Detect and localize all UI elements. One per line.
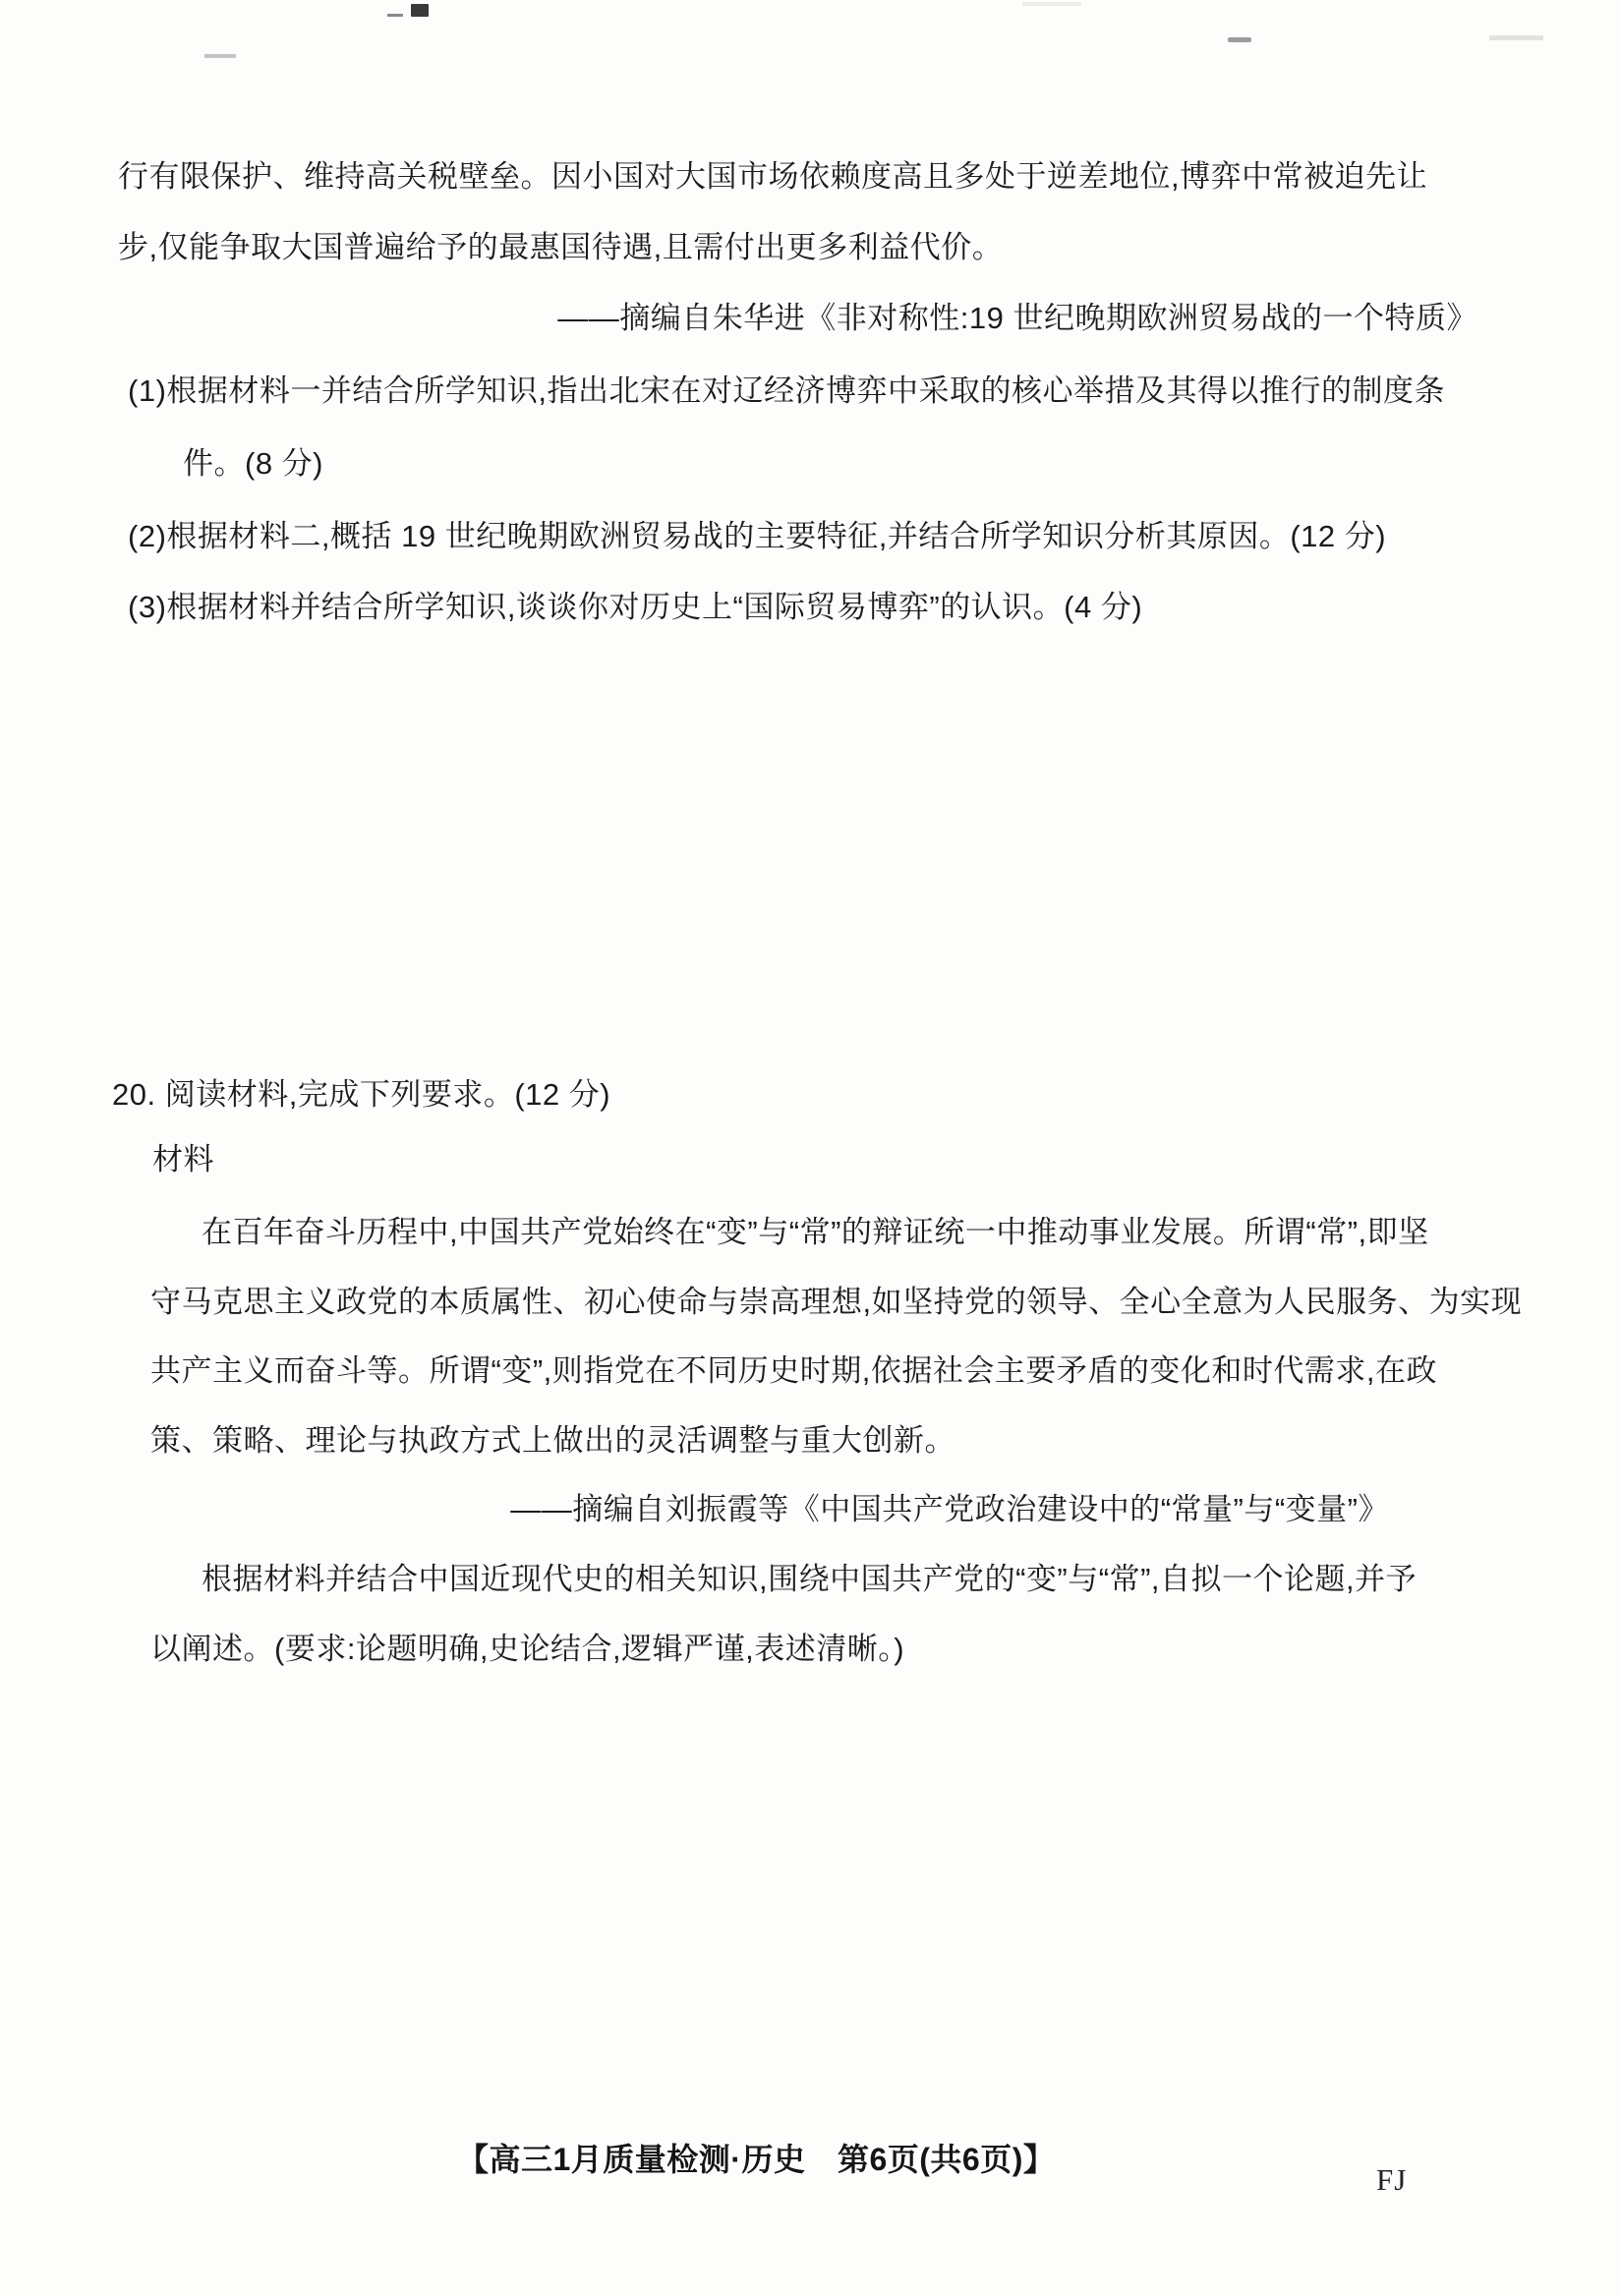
q20-material-line4: 策、策略、理论与执政方式上做出的灵活调整与重大创新。 <box>150 1421 955 1461</box>
q19-subquestion1-line2: 件。(8 分) <box>183 444 323 484</box>
q20-header: 20. 阅读材料,完成下列要求。(12 分) <box>112 1075 610 1115</box>
q19-subquestion1-line1: (1)根据材料一并结合所学知识,指出北宋在对辽经济博弈中采取的核心举措及其得以推… <box>128 372 1445 411</box>
q20-task-line2: 以阐述。(要求:论题明确,史论结合,逻辑严谨,表述清晰。) <box>150 1630 904 1669</box>
q20-source-attribution: ——摘编自刘振霞等《中国共产党政治建设中的“常量”与“变量”》 <box>510 1490 1389 1529</box>
q20-material-line1: 在百年奋斗历程中,中国共产党始终在“变”与“常”的辩证统一中推动事业发展。所谓“… <box>202 1213 1429 1252</box>
scan-artifact <box>411 4 429 17</box>
footer-corner-code: FJ <box>1376 2162 1407 2198</box>
q19-subquestion3: (3)根据材料并结合所学知识,谈谈你对历史上“国际贸易博弈”的认识。(4 分) <box>128 588 1142 627</box>
q19-material-continuation-line1: 行有限保护、维持高关税壁垒。因小国对大国市场依赖度高且多处于逆差地位,博弈中常被… <box>118 157 1427 197</box>
scanned-exam-page: 行有限保护、维持高关税壁垒。因小国对大国市场依赖度高且多处于逆差地位,博弈中常被… <box>0 0 1620 2296</box>
footer-page-info: 【高三1月质量检测·历史 第6页(共6页)】 <box>457 2135 1055 2180</box>
q20-material-line3: 共产主义而奋斗等。所谓“变”,则指党在不同历史时期,依据社会主要矛盾的变化和时代… <box>150 1351 1437 1391</box>
scan-artifact <box>1228 37 1251 42</box>
q19-subquestion2: (2)根据材料二,概括 19 世纪晚期欧洲贸易战的主要特征,并结合所学知识分析其… <box>128 517 1386 556</box>
scan-artifact <box>387 14 403 17</box>
scan-artifact <box>204 54 236 58</box>
q20-material-line2: 守马克思主义政党的本质属性、初心使命与崇高理想,如坚持党的领导、全心全意为人民服… <box>150 1283 1522 1322</box>
q20-material-label: 材料 <box>152 1140 214 1179</box>
q19-material-continuation-line2: 步,仅能争取大国普遍给予的最惠国待遇,且需付出更多利益代价。 <box>118 228 1003 267</box>
q19-source-attribution: ——摘编自朱华进《非对称性:19 世纪晚期欧洲贸易战的一个特质》 <box>557 299 1477 338</box>
scan-artifact <box>1489 35 1543 40</box>
q20-task-line1: 根据材料并结合中国近现代史的相关知识,围绕中国共产党的“变”与“常”,自拟一个论… <box>202 1560 1417 1599</box>
scan-artifact <box>1022 2 1081 6</box>
